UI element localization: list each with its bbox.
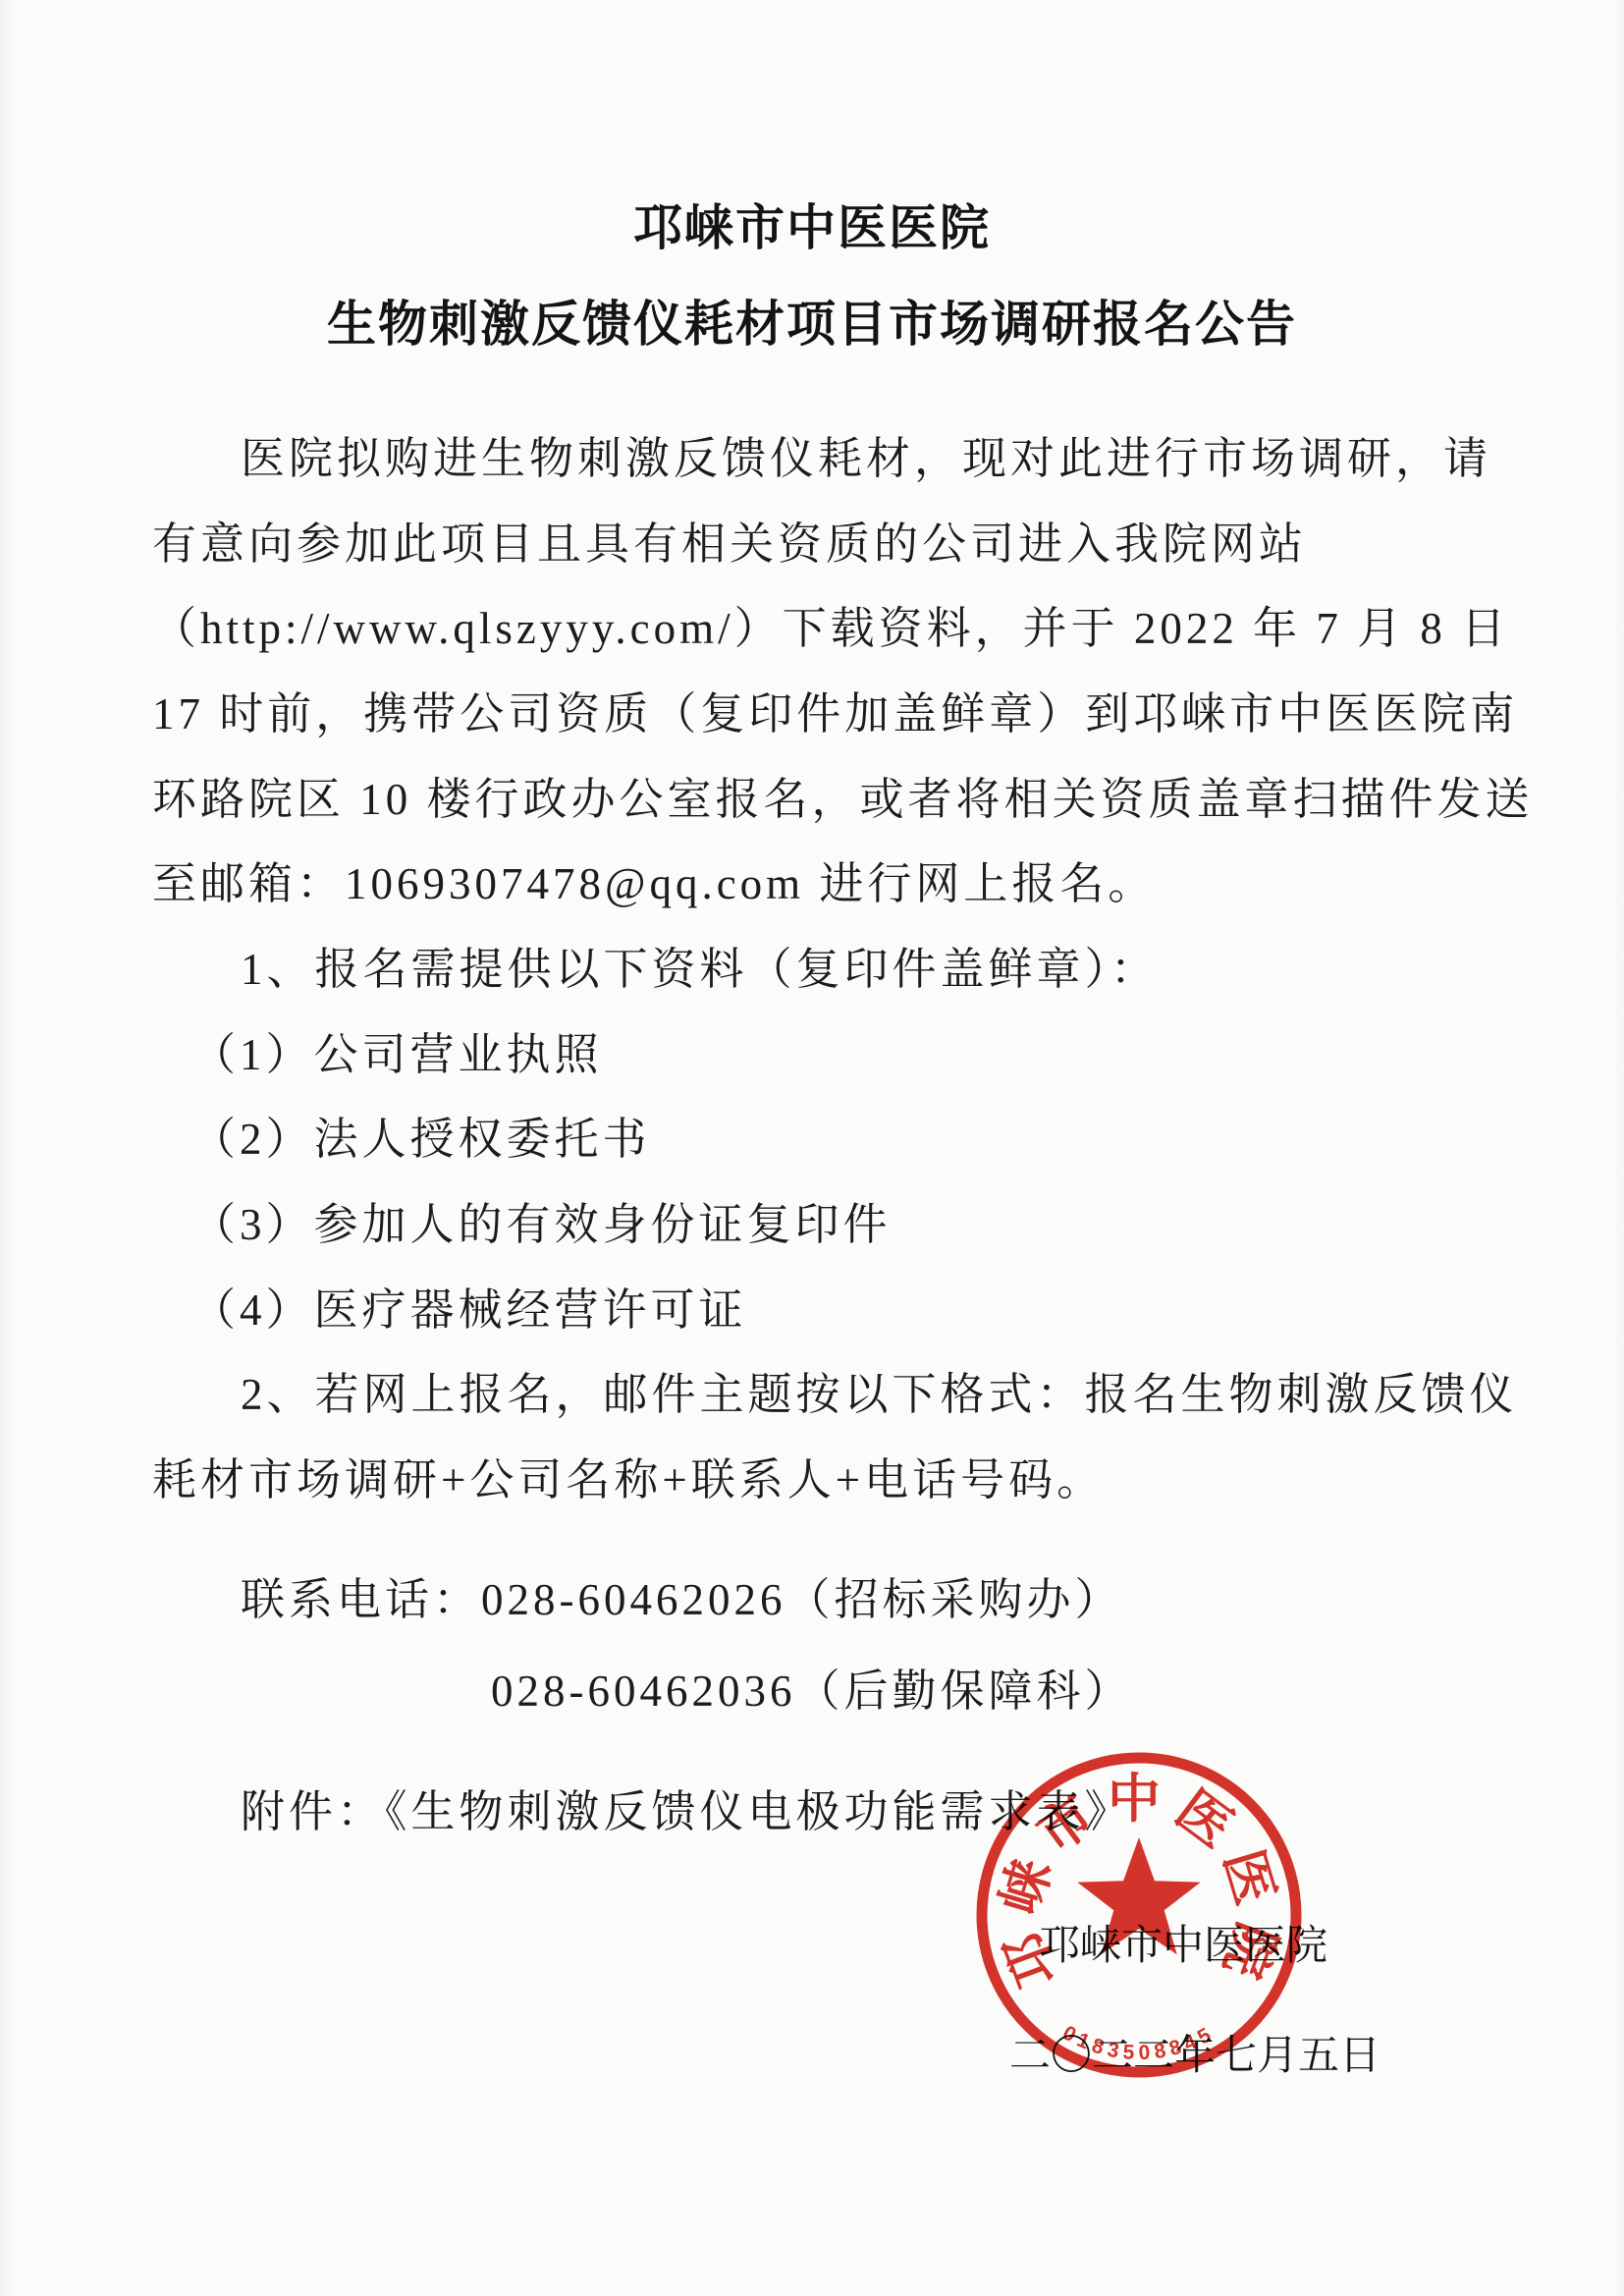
body-line-2: 有意向参加此项目且具有相关资质的公司进入我院网站 xyxy=(152,508,1307,572)
body-line-7: 1、报名需提供以下资料（复印件盖鲜章）： xyxy=(152,933,1159,997)
body-line-3: （http://www.qlszyyy.com/）下载资料，并于 2022 年 … xyxy=(152,592,1509,656)
body-line-6: 至邮箱：1069307478@qq.com 进行网上报名。 xyxy=(152,847,1156,911)
body-line-9: （2）法人授权委托书 xyxy=(152,1103,651,1167)
body-line-4: 17 时前，携带公司资质（复印件加盖鲜章）到邛崃市中医医院南 xyxy=(152,678,1518,741)
official-seal: 邛崃市中医医院 0183508845 xyxy=(967,1743,1311,2087)
body-line-10: （3）参加人的有效身份证复印件 xyxy=(152,1188,892,1252)
body-line-12: 2、若网上报名，邮件主题按以下格式：报名生物刺激反馈仪 xyxy=(152,1358,1518,1422)
body-line-13: 耗材市场调研+公司名称+联系人+电话号码。 xyxy=(152,1444,1105,1507)
document-page: 邛崃市中医医院 生物刺激反馈仪耗材项目市场调研报名公告 医院拟购进生物刺激反馈仪… xyxy=(0,0,1624,2296)
star-icon xyxy=(1077,1837,1201,1954)
body-line-11: （4）医疗器械经营许可证 xyxy=(152,1274,747,1338)
document-title-line1: 邛崃市中医医院 xyxy=(0,189,1624,259)
body-line-15: 028-60462036（后勤保障科） xyxy=(491,1655,1133,1719)
body-line-8: （1）公司营业执照 xyxy=(152,1018,603,1082)
document-title-line2: 生物刺激反馈仪耗材项目市场调研报名公告 xyxy=(0,285,1624,355)
body-line-1: 医院拟购进生物刺激反馈仪耗材，现对此进行市场调研，请 xyxy=(152,422,1491,486)
body-line-5: 环路院区 10 楼行政办公室报名，或者将相关资质盖章扫描件发送 xyxy=(152,763,1534,827)
body-line-14: 联系电话：028-60462026（招标采购办） xyxy=(152,1563,1123,1627)
